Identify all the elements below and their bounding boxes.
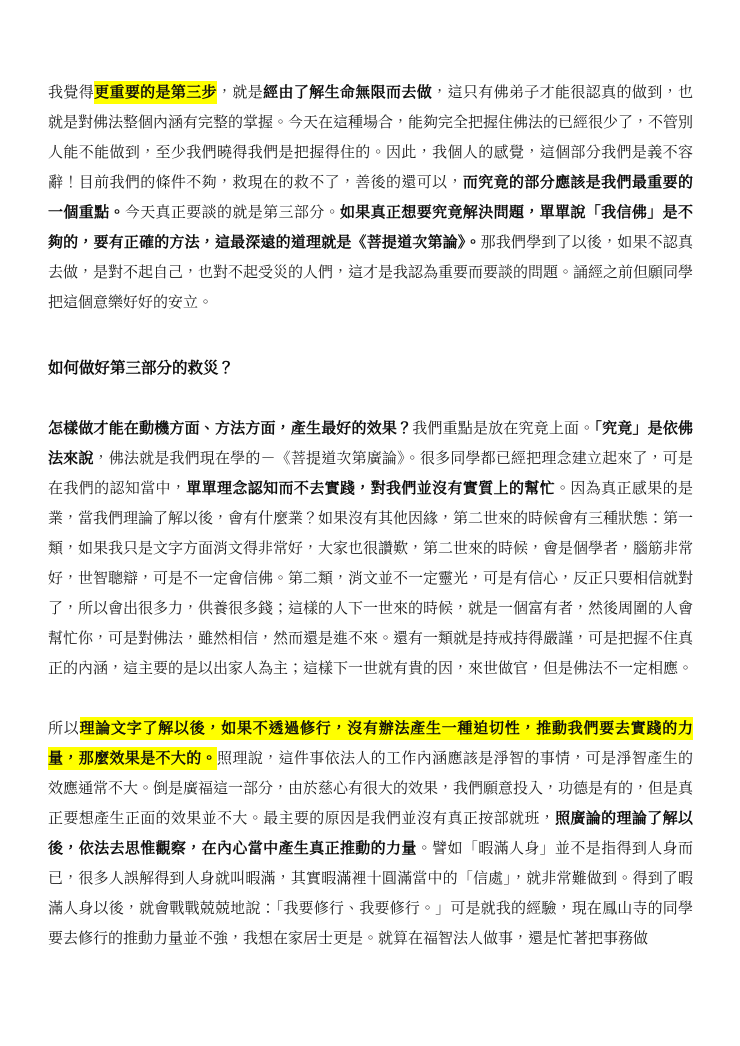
bold-text: 怎樣做才能在動機方面、方法方面，產生最好的效果？: [48, 420, 412, 437]
text-run: 所以: [48, 720, 80, 737]
document-page: 我覺得更重要的是第三步，就是經由了解生命無限而去做，這只有佛弟子才能很認真的做到…: [0, 0, 740, 1046]
bold-text: 如何做好第三部分的救災？: [48, 360, 234, 377]
text-run: 我覺得: [48, 84, 94, 101]
text-run: ，就是: [217, 84, 263, 101]
paragraph: 我覺得更重要的是第三步，就是經由了解生命無限而去做，這只有佛弟子才能很認真的做到…: [48, 78, 693, 318]
section-heading: 如何做好第三部分的救災？: [48, 354, 693, 384]
text-run: 今天真正要談的就是第三部分。: [125, 204, 340, 221]
bold-text: 單單理念認知而不去實踐，對我們並沒有實質上的幫忙: [186, 480, 555, 497]
bold-text: 經由了解生命無限而去做: [263, 84, 432, 101]
paragraph: 所以理論文字了解以後，如果不透過修行，沒有辦法產生一種迫切性，推動我們要去實踐的…: [48, 714, 693, 954]
document-body: 我覺得更重要的是第三步，就是經由了解生命無限而去做，這只有佛弟子才能很認真的做到…: [48, 78, 693, 954]
text-run: 我們重點是放在究竟上面。: [412, 420, 594, 437]
paragraph: 怎樣做才能在動機方面、方法方面，產生最好的效果？我們重點是放在究竟上面。「究竟」…: [48, 414, 693, 684]
highlighted-text: 更重要的是第三步: [94, 81, 217, 104]
text-run: 。因為真正感果的是業，當我們理論了解以後，會有什麼業？如果沒有其他因緣，第二世來…: [48, 480, 693, 677]
